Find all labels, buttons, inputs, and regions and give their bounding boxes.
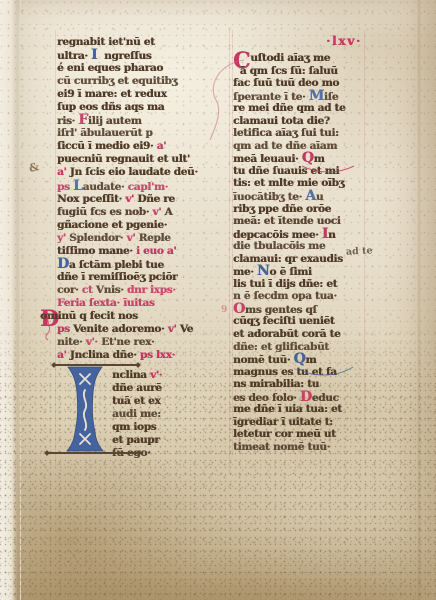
manuscript-text-line: fugiū fcs es nob· v' A [57, 206, 231, 219]
text-run: depcacōis mee· [233, 229, 322, 241]
manuscript-text-line: īgrediar ī uitate t: [233, 416, 365, 429]
manuscript-text-line: timeat nomē tuū· [233, 441, 365, 454]
text-run: Feria ſexta· īuitas [57, 297, 154, 309]
parchment-crease [417, 0, 421, 600]
text-run: ſiccū ī medio ei9· [57, 140, 157, 152]
text-run: v' [168, 323, 180, 335]
text-run: audate· [83, 181, 128, 193]
manuscript-text-line: iſrl' ābulauerūt p [57, 127, 231, 140]
text-run: ris· [57, 115, 78, 127]
text-run: et adorabūt corā te [233, 328, 340, 340]
text-run: ribʒ ppe dñe orōe [233, 203, 331, 215]
text-run: dñe ī remiſſioēʒ pciōr [57, 271, 177, 283]
text-run: Nox pceſſit· [57, 193, 125, 205]
manuscript-text-line: Nox pceſſit· v' Dñe re [57, 193, 231, 206]
manuscript-text-line: nclina v'· [112, 369, 232, 382]
text-run: é eni eques pharao [57, 62, 163, 74]
illuminated-initial: O [233, 301, 245, 317]
text-run: tiſſimo mane· [57, 245, 136, 257]
manuscript-text-line: n ē ſecdm opa tua· [233, 290, 365, 303]
text-run: m [314, 153, 325, 165]
text-run: A [164, 206, 172, 218]
manuscript-text-line: cor· ct Vnis· dnr ixps· [57, 284, 231, 297]
manuscript-page: ·lxv· regnabit iet'nū etultra· I ngreſſu… [0, 0, 436, 600]
manuscript-text-line: ps Laudate· capl'm· [57, 180, 231, 193]
text-run: magnus es tu et fa [233, 366, 337, 378]
text-run: y' [57, 232, 69, 244]
illuminated-initial: F [78, 112, 88, 128]
illuminated-initial: L [73, 178, 83, 194]
marginal-note: ad te [346, 245, 373, 257]
manuscript-text-line: gñacione et pgenie· [57, 219, 231, 232]
text-run: meā: et ītende uoci [233, 215, 340, 227]
text-run: ms gentes qſ [245, 304, 317, 316]
folio-number: ·lxv· [326, 33, 362, 48]
text-run: īgrediar ī uitate t: [233, 416, 333, 428]
text-run: ſup eos dñs aqs ma [57, 101, 164, 113]
text-run: et paupr [112, 434, 159, 446]
text-run: u [316, 191, 323, 203]
manuscript-text-line: é eni eques pharao [57, 62, 231, 75]
manuscript-text-line: puecniū regnauit et ult' [57, 153, 231, 166]
manuscript-text-line: ei9 ī mare: et redux [57, 88, 231, 101]
text-run: lis tui ī dijs dñe: et [233, 278, 337, 290]
page-binding-edge [0, 0, 21, 600]
manuscript-text-line: ſperante ī te· Miſe [233, 90, 365, 103]
manuscript-text-line: ultra· I ngreſſus [57, 49, 231, 62]
text-run: dñe aurē [112, 382, 162, 394]
manuscript-text-line: ris· Filij autem [57, 114, 231, 127]
text-run: tis: et mlte mie oībʒ [233, 177, 344, 189]
manuscript-text-line: meā: et ītende uoci [233, 215, 365, 228]
manuscript-text-line: magnus es tu et fa [233, 366, 365, 379]
text-run: a ſctām plebi tue [69, 259, 164, 271]
text-run: tuā et ex [112, 395, 160, 407]
text-run: nite· [57, 336, 86, 348]
text-run: puecniū regnauit et ult' [57, 153, 190, 165]
text-run: Ve [180, 323, 193, 335]
text-run: cor· [57, 284, 82, 296]
text-run: Splendor· [69, 232, 126, 244]
text-run: ps [57, 323, 73, 335]
text-run: Jn ſcis eio laudate deū· [70, 166, 198, 178]
text-run: ā qm ſcs ſū: ſaluū [233, 65, 338, 77]
text-run: iſrl' ābulauerūt p [57, 127, 152, 139]
manuscript-text-line: ribʒ ppe dñe orōe [233, 203, 365, 216]
text-run: cūqʒ feciſti ueniēt [233, 315, 334, 327]
text-run: ps [57, 181, 73, 193]
manuscript-text-line: Cuſtodi aīaʒ me [233, 52, 365, 65]
text-run: i euo a' [136, 245, 176, 257]
manuscript-text-line: ps Venite adoremo· v' Ve [57, 323, 231, 336]
manuscript-text-line: ā qm ſcs ſū: ſaluū [233, 65, 365, 78]
manuscript-text-line: qm iops [112, 421, 232, 434]
manuscript-text-line: audi me: [112, 408, 232, 421]
text-run: nclina [112, 369, 150, 381]
text-run: īuocātibʒ te· [233, 191, 305, 203]
text-run: a' [57, 166, 70, 178]
marginal-mark: 9 [221, 305, 227, 315]
text-run: ultra· [57, 50, 91, 62]
text-run: v' [127, 232, 139, 244]
text-run: ps lxx· [140, 349, 175, 361]
text-run: qm ad te dñe aīam [233, 140, 337, 152]
text-run: letifica aīaʒ ſui tui: [233, 127, 339, 139]
manuscript-text-line: letetur cor meū ut [233, 428, 365, 441]
ruling-line [55, 30, 56, 466]
manuscript-text-line: īuocātibʒ te· Au [233, 190, 365, 203]
text-run: qm iops [112, 421, 156, 433]
manuscript-text-line: tiſſimo mane· i euo a' [57, 245, 231, 258]
manuscript-text-line: nite· v'· Et'ne rex· [57, 336, 231, 349]
text-run: v' [125, 193, 137, 205]
text-run: Dñe re [137, 193, 175, 205]
manuscript-text-line: dñe aurē [112, 382, 232, 395]
manuscript-text-line: a' Jn ſcis eio laudate deū· [57, 166, 231, 179]
text-run: me dñe ī uia tua: et [233, 403, 342, 415]
manuscript-text-line: re mei dñe qm ad te [233, 102, 365, 115]
text-run: Jnclina dñe· [70, 349, 140, 361]
text-run: fugiū fcs es nob· [57, 206, 152, 218]
manuscript-text-line: dñe: et glificabūt [233, 341, 365, 354]
illuminated-initial: D [57, 256, 69, 272]
text-run: o ē ſimi [269, 266, 311, 278]
manuscript-text-line: lis tui ī dijs dñe: et [233, 278, 365, 291]
manuscript-text-line: Da ſctām plebi tue [57, 258, 231, 271]
manuscript-text-line: a' Jnclina dñe· ps lxx· [57, 349, 231, 362]
text-run: gñacione et pgenie· [57, 219, 167, 231]
manuscript-text-line: clamaui tota die? [233, 115, 365, 128]
text-run: re mei dñe qm ad te [233, 102, 345, 114]
illuminated-initial-icon [63, 366, 107, 452]
manuscript-text-line: cū curribʒ et equitibʒ [57, 75, 231, 88]
manuscript-text-line: letifica aīaʒ ſui tui: [233, 127, 365, 140]
text-run: v'· [86, 336, 101, 348]
text-run: clamaui tota die? [233, 115, 330, 127]
manuscript-text-line: regnabit iet'nū et [57, 36, 231, 49]
text-run: meā leuaui· [233, 153, 302, 165]
manuscript-text-line: me· No ē ſimi [233, 265, 365, 278]
text-run: audi me: [112, 408, 161, 420]
text-run: Reple [139, 232, 171, 244]
text-run: a' [57, 349, 70, 361]
text-run: ilij autem [88, 115, 142, 127]
manuscript-text-line: tuā et ex [112, 395, 232, 408]
manuscript-text-line: es deo ſolo· Deduc [233, 391, 365, 404]
text-beside-initial: nclina v'·dñe aurētuā et exaudi me:qm io… [112, 369, 232, 460]
text-run: tu dñe ſuauis et mi [233, 165, 339, 177]
text-run: ngreſſus [97, 50, 151, 62]
text-run: educ [312, 392, 339, 404]
manuscript-text-line: cūqʒ feciſti ueniēt [233, 315, 365, 328]
manuscript-text-line: et adorabūt corā te [233, 328, 365, 341]
text-run: capl'm· [128, 181, 168, 193]
illuminated-initial: D [300, 389, 312, 405]
text-run: timeat nomē tuū· [233, 441, 330, 453]
text-run: m [305, 354, 316, 366]
text-run: nomē tuū· [233, 354, 294, 366]
text-run: a' [157, 140, 166, 152]
illuminated-initial: A [305, 188, 316, 204]
text-run: regnabit iet'nū et [57, 36, 155, 48]
text-run: ſperante ī te· [233, 91, 309, 103]
text-run: ei9 ī mare: et redux [57, 88, 167, 100]
text-run: v'· [150, 369, 162, 381]
illuminated-initial: M [309, 88, 324, 104]
text-run: me· [233, 266, 257, 278]
manuscript-text-line: fac ſuū tuū deo mo [233, 77, 365, 90]
manuscript-text-line: tu dñe ſuauis et mi [233, 165, 365, 178]
manuscript-text-line: depcacōis mee· In [233, 228, 365, 241]
manuscript-text-line: me dñe ī uia tua: et [233, 403, 365, 416]
text-run: v' [152, 206, 164, 218]
manuscript-text-line: qm ad te dñe aīam [233, 140, 365, 153]
text-column-left: regnabit iet'nū etultra· I ngreſſusé eni… [57, 36, 231, 362]
text-run: ct [82, 284, 96, 296]
manuscript-text-line: nomē tuū· Qm [233, 353, 365, 366]
manuscript-text-line: Dominū q fecit nos [57, 310, 231, 323]
manuscript-text-line: ſiccū ī medio ei9· a' [57, 140, 231, 153]
manuscript-text-line: Oms gentes qſ [233, 303, 365, 316]
text-run: dñe: et glificabūt [233, 341, 329, 353]
text-run: die tbulacōis me [233, 240, 325, 252]
text-run: iſe [324, 91, 338, 103]
text-run: dnr ixps· [127, 284, 176, 296]
text-run: clamaui: qr exaudis [233, 253, 343, 265]
text-run: ominū q fecit nos [40, 310, 138, 322]
manuscript-text-line: y' Splendor· v' Reple [57, 232, 231, 245]
text-run: Et'ne rex· [101, 336, 154, 348]
text-run: n [328, 229, 335, 241]
text-run: cū curribʒ et equitibʒ [57, 75, 177, 87]
manuscript-text-line: et paupr [112, 434, 232, 447]
text-run: letetur cor meū ut [233, 428, 336, 440]
text-run: Vnis· [96, 284, 127, 296]
initial-frame-line-bottom [47, 452, 139, 454]
text-run: Venite adoremo· [73, 323, 168, 335]
manuscript-text-line: tis: et mlte mie oībʒ [233, 177, 365, 190]
manuscript-text-line: Feria ſexta· īuitas [57, 297, 231, 310]
text-run: n ē ſecdm opa tua· [233, 290, 337, 302]
manuscript-text-line: dñe ī remiſſioēʒ pciōr [57, 271, 231, 284]
manuscript-text-line: meā leuaui· Qm [233, 152, 365, 165]
text-run: uſtodi aīaʒ me [250, 52, 330, 64]
text-run: es deo ſolo· [233, 392, 300, 404]
marginal-mark: & [28, 160, 40, 175]
